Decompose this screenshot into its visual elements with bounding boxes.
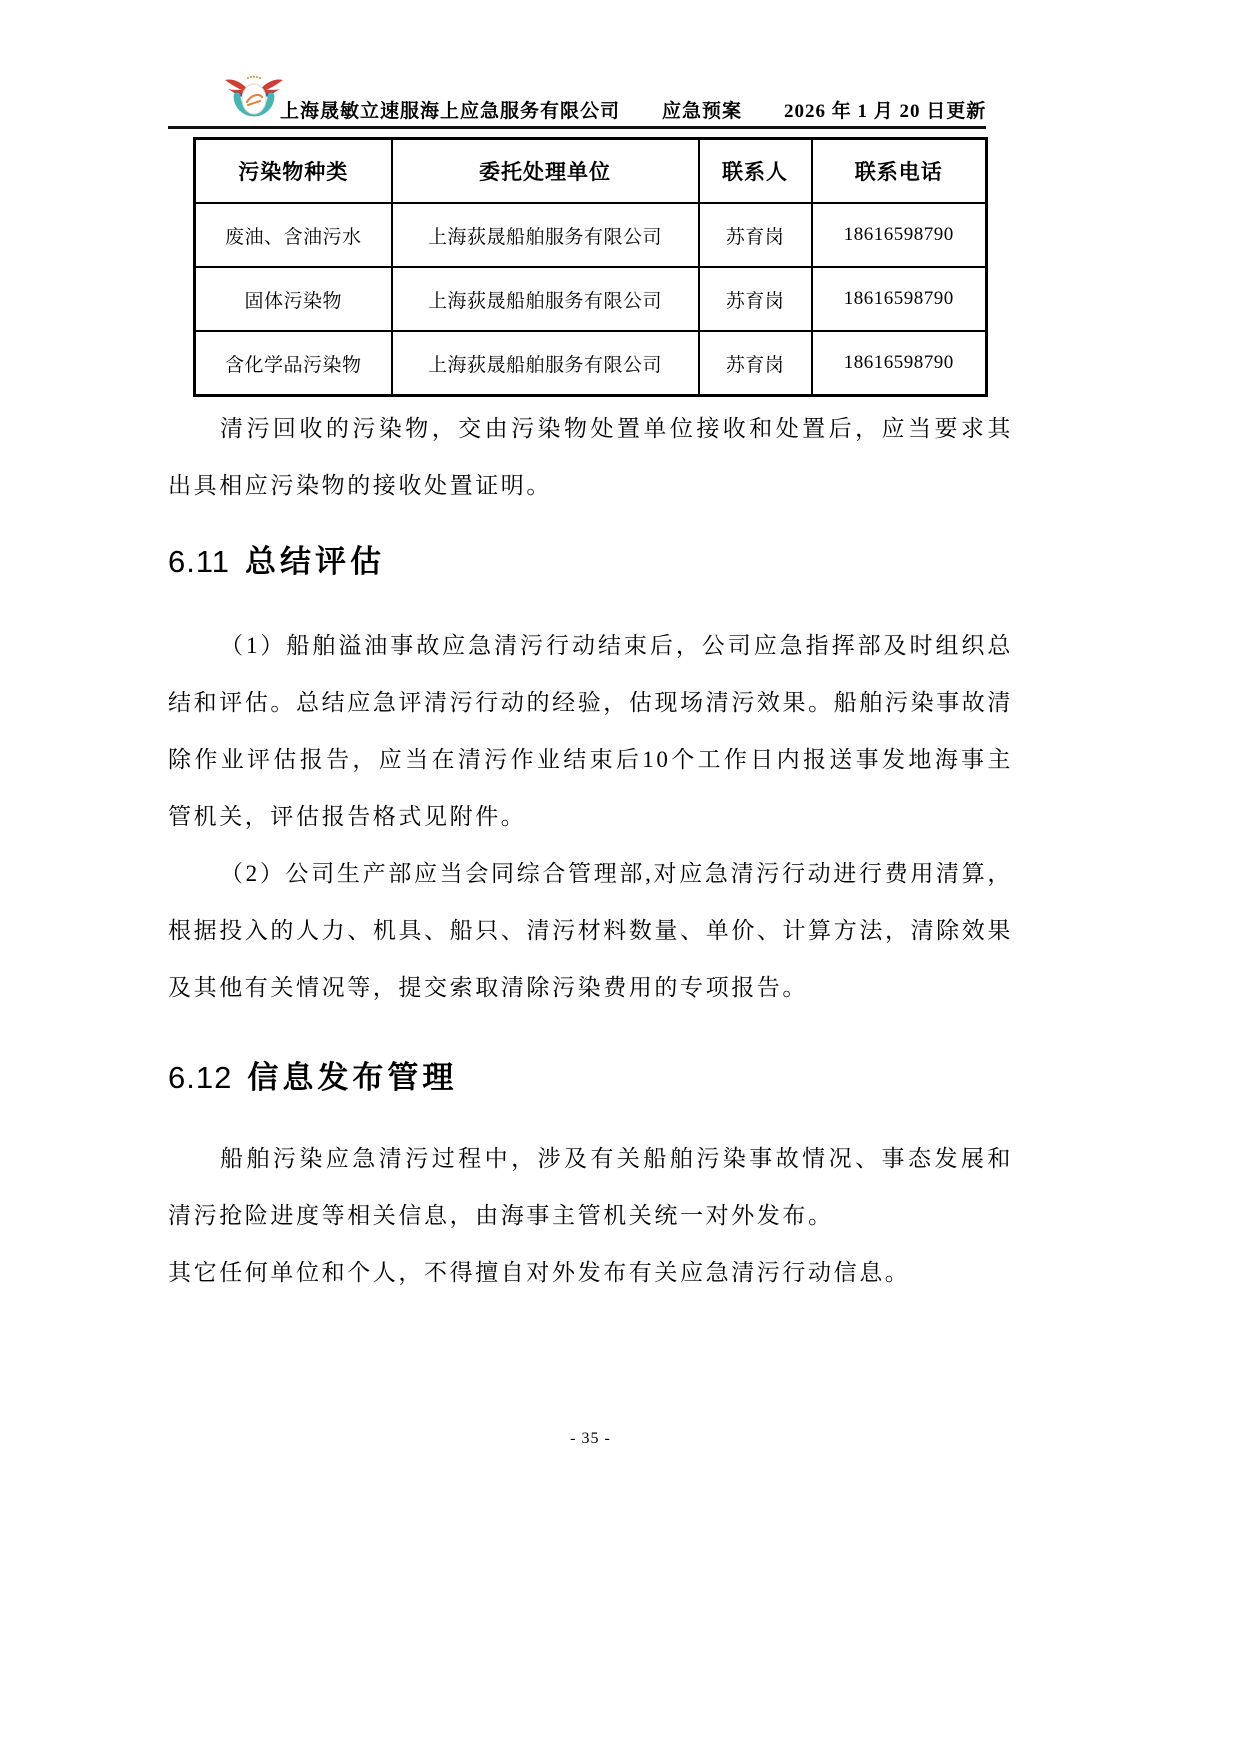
cell-phone: 18616598790 <box>812 267 987 331</box>
page-footer: - 35 - <box>168 1430 1013 1448</box>
section-title: 信息发布管理 <box>247 1060 457 1096</box>
section-heading-6-12: 6.12 信息发布管理 <box>168 1060 1013 1096</box>
section-6-11-paragraph-2: （2）公司生产部应当会同综合管理部,对应急清污行动进行费用清算，根据投入的人力、… <box>168 845 1013 1016</box>
cell-phone: 18616598790 <box>812 203 987 267</box>
col-header-phone: 联系电话 <box>812 139 987 204</box>
table-row: 含化学品污染物 上海荻晟船舶服务有限公司 苏育岗 18616598790 <box>195 331 987 396</box>
section-6-12-closing-line: 其它任何单位和个人，不得擅自对外发布有关应急清污行动信息。 <box>168 1244 1013 1301</box>
section-number: 6.11 <box>168 544 230 580</box>
cell-pollutant-type: 固体污染物 <box>195 267 392 331</box>
header-doc-type: 应急预案 <box>662 96 742 123</box>
cell-contact: 苏育岗 <box>699 331 812 396</box>
document-page: 上海晟敏立速服海上应急服务有限公司 应急预案 2026 年 1 月 20 日更新… <box>0 0 1241 1754</box>
header-company-name: 上海晟敏立速服海上应急服务有限公司 <box>280 96 620 123</box>
cell-pollutant-type: 废油、含油污水 <box>195 203 392 267</box>
col-header-pollutant-type: 污染物种类 <box>195 139 392 204</box>
document-body: 清污回收的污染物，交由污染物处置单位接收和处置后，应当要求其出具相应污染物的接收… <box>168 400 1013 1301</box>
table-row: 固体污染物 上海荻晟船舶服务有限公司 苏育岗 18616598790 <box>195 267 987 331</box>
logo-emblem-circle <box>242 84 266 114</box>
cell-disposal-unit: 上海荻晟船舶服务有限公司 <box>392 203 699 267</box>
cell-contact: 苏育岗 <box>699 203 812 267</box>
section-6-12-paragraph-1: 船舶污染应急清污过程中，涉及有关船舶污染事故情况、事态发展和清污抢险进度等相关信… <box>168 1130 1013 1244</box>
cell-contact: 苏育岗 <box>699 267 812 331</box>
page-header: 上海晟敏立速服海上应急服务有限公司 应急预案 2026 年 1 月 20 日更新 <box>280 96 986 123</box>
cell-pollutant-type: 含化学品污染物 <box>195 331 392 396</box>
intro-paragraph: 清污回收的污染物，交由污染物处置单位接收和处置后，应当要求其出具相应污染物的接收… <box>168 400 1013 514</box>
col-header-contact: 联系人 <box>699 139 812 204</box>
section-title: 总结评估 <box>245 544 385 580</box>
table-header-row: 污染物种类 委托处理单位 联系人 联系电话 <box>195 139 987 204</box>
header-divider <box>168 126 986 129</box>
page-number: - 35 - <box>570 1430 611 1447</box>
section-number: 6.12 <box>168 1060 232 1096</box>
cell-disposal-unit: 上海荻晟船舶服务有限公司 <box>392 331 699 396</box>
pollutant-disposal-table: 污染物种类 委托处理单位 联系人 联系电话 废油、含油污水 上海荻晟船舶服务有限… <box>193 137 988 397</box>
header-update-date: 2026 年 1 月 20 日更新 <box>784 96 986 123</box>
section-heading-6-11: 6.11 总结评估 <box>168 544 1013 580</box>
table-row: 废油、含油污水 上海荻晟船舶服务有限公司 苏育岗 18616598790 <box>195 203 987 267</box>
cell-phone: 18616598790 <box>812 331 987 396</box>
cell-disposal-unit: 上海荻晟船舶服务有限公司 <box>392 267 699 331</box>
section-6-11-paragraph-1: （1）船舶溢油事故应急清污行动结束后，公司应急指挥部及时组织总结和评估。总结应急… <box>168 617 1013 845</box>
col-header-disposal-unit: 委托处理单位 <box>392 139 699 204</box>
